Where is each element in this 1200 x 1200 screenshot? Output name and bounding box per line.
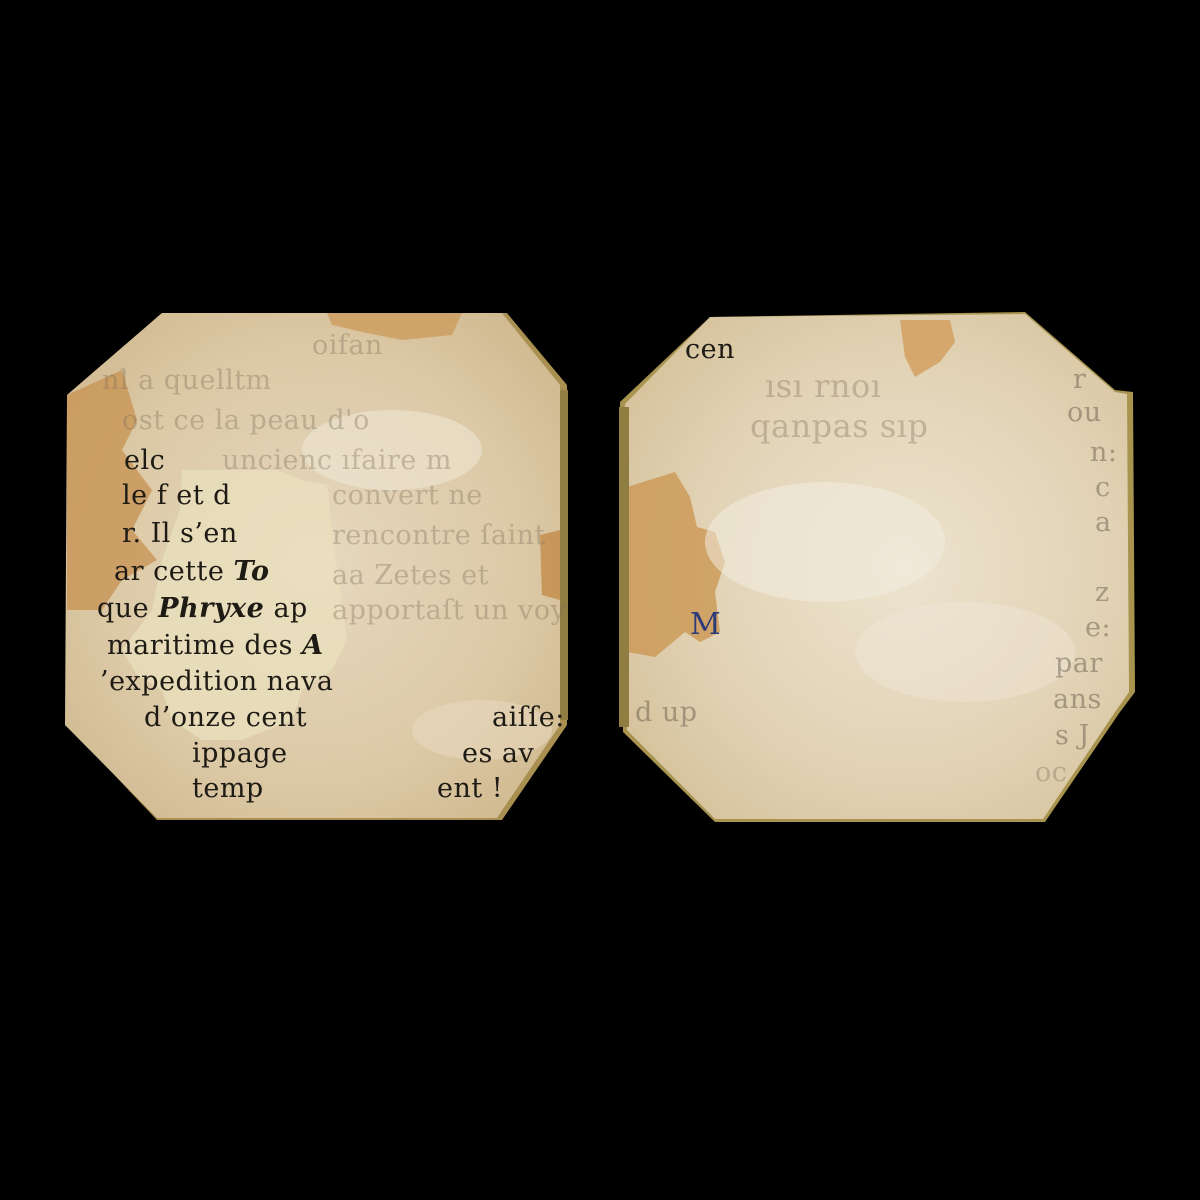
ghost-line: convert ne (332, 480, 483, 511)
text-line: ar cette To (114, 556, 269, 587)
left-paper-fragment: oifan nl a quelltm ost ce la peau d'o un… (62, 310, 577, 825)
margin-text: oc (1035, 757, 1067, 788)
ghost-line: rencontre ſaint (332, 520, 546, 551)
ghost-line: ost ce la peau d'o (122, 405, 370, 436)
text-line: ippage (192, 738, 288, 769)
ghost-line: ısı rnoı (765, 367, 881, 405)
margin-text: z (1095, 577, 1110, 608)
text-line: r. Il s’en (122, 518, 238, 549)
text-line: temp (192, 773, 264, 804)
text-line: d’onze cent (144, 702, 307, 733)
ghost-line: apportaſt un voy (332, 595, 566, 626)
text-line: que Phryxe ap (97, 593, 308, 624)
margin-text: e: (1085, 612, 1111, 643)
text-line: le f et d (122, 480, 231, 511)
ghost-line: qanpas sıp (750, 407, 928, 445)
ghost-line: uncienc ıfaire m (222, 445, 452, 476)
text-line: maritime des A (107, 630, 324, 661)
margin-text: r (1073, 364, 1086, 395)
text-line: ’expedition nava (100, 666, 334, 697)
ghost-line: aa Zetes et (332, 560, 489, 591)
margin-text: n: (1090, 437, 1118, 468)
text-line: cen (685, 334, 735, 365)
margin-text: a (1095, 507, 1112, 538)
text-line: es av (462, 738, 534, 769)
text-line: elc (124, 445, 165, 476)
ghost-line: oifan (312, 330, 383, 361)
margin-text: ans (1053, 684, 1102, 715)
margin-text: c (1095, 472, 1111, 503)
margin-text: s J (1055, 720, 1090, 751)
margin-text: ou (1067, 397, 1102, 428)
text-line: ent ! (437, 773, 503, 804)
margin-text: d up (635, 697, 698, 728)
text-line: aiſſe: (492, 702, 565, 733)
ghost-line: nl a quelltm (102, 365, 272, 396)
margin-text: M (690, 607, 721, 642)
right-paper-fragment: cen ısı rnoı qanpas sıp r ou n: c a z e:… (615, 312, 1145, 827)
margin-text: par (1055, 648, 1103, 679)
